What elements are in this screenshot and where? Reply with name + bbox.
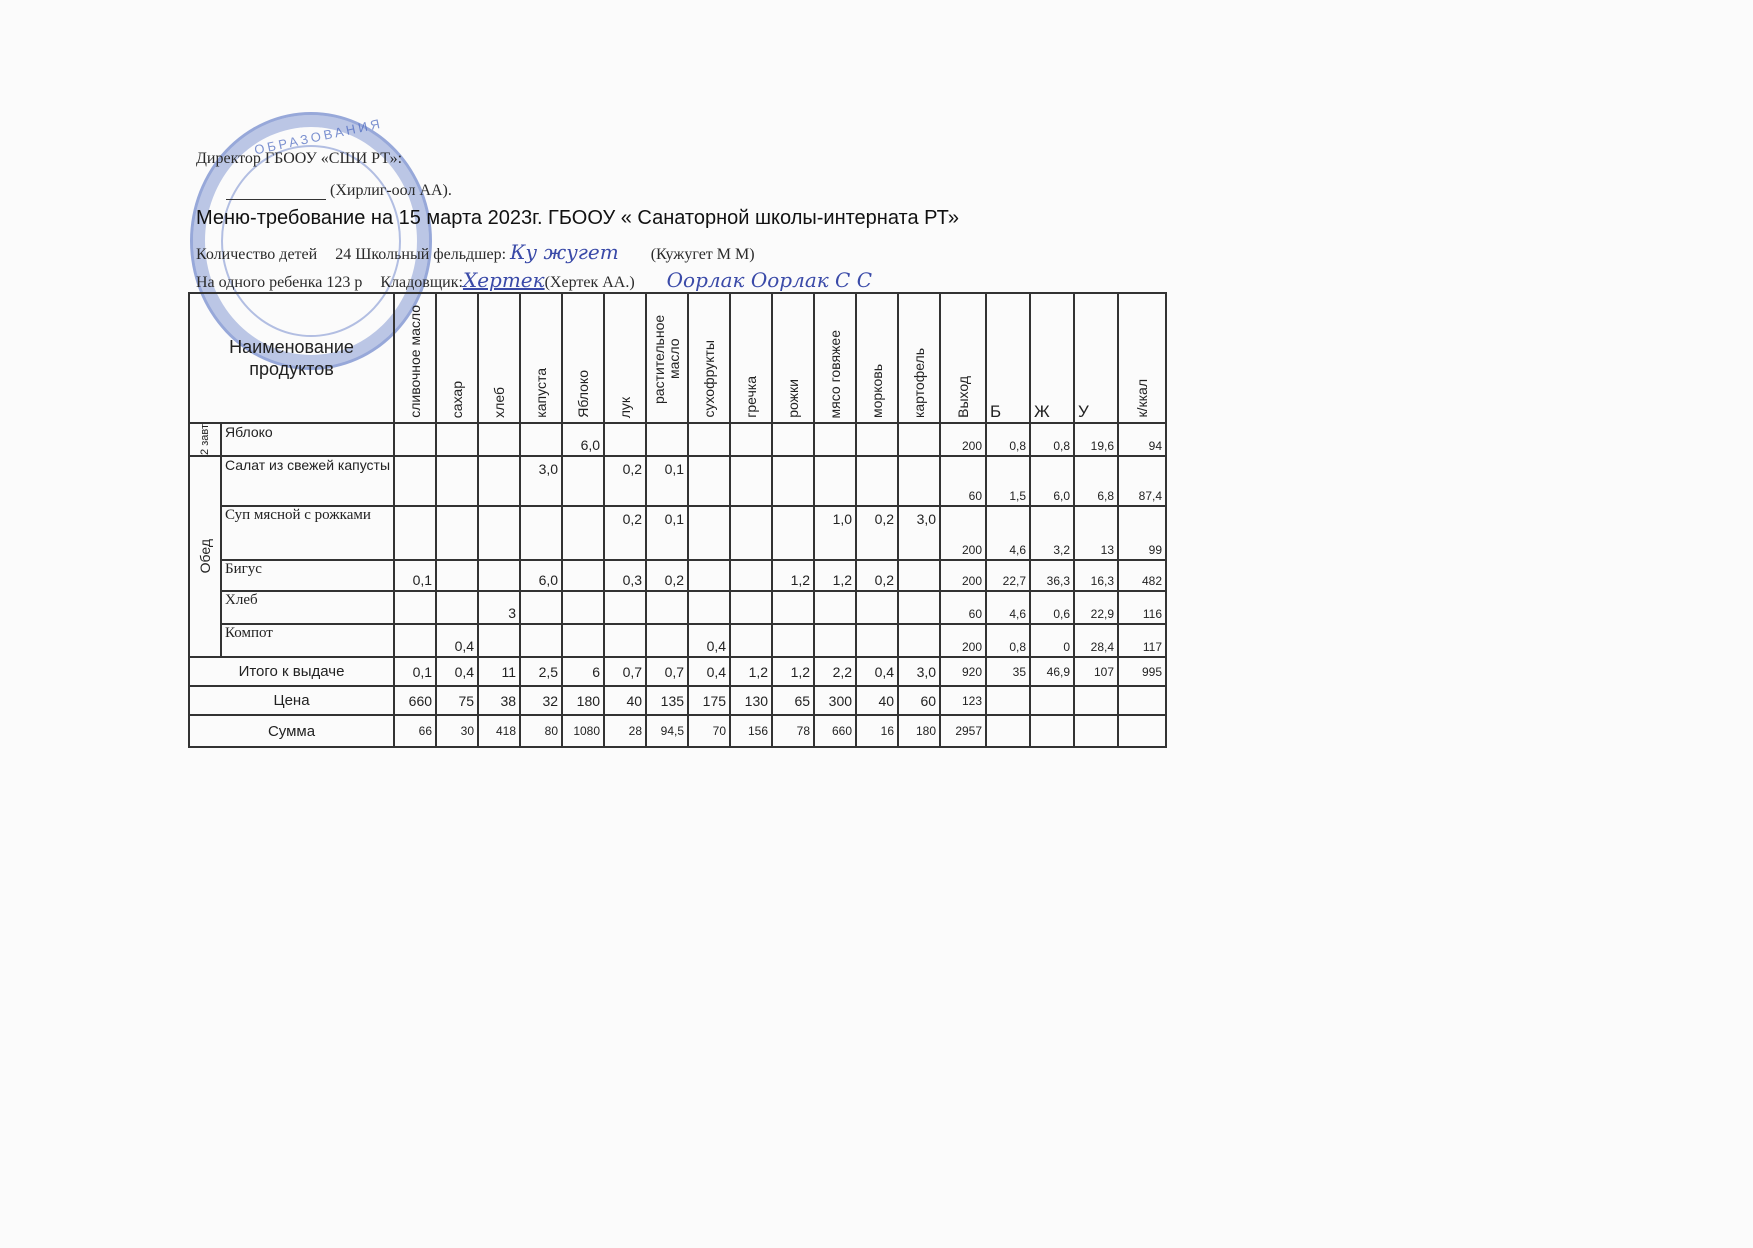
ingredient-qty xyxy=(520,591,562,624)
nutrient-b: 4,6 xyxy=(986,506,1030,560)
total-value: 0,7 xyxy=(646,657,688,686)
product-name: Яблоко xyxy=(221,423,394,456)
ingredient-qty: 0,4 xyxy=(436,624,478,657)
table-header-row: Наименование продуктов сливочное масло с… xyxy=(189,293,1166,423)
name-header: Наименование продуктов xyxy=(189,293,394,423)
ingredient-qty xyxy=(688,506,730,560)
header-protein: Б xyxy=(986,293,1030,423)
ingredient-qty: 0,2 xyxy=(604,506,646,560)
sum-value: 180 xyxy=(898,715,940,747)
header-bread: хлеб xyxy=(478,293,520,423)
ingredient-qty xyxy=(478,506,520,560)
price-value: 135 xyxy=(646,686,688,715)
nutrient-zh: 3,2 xyxy=(1030,506,1074,560)
price-value: 40 xyxy=(856,686,898,715)
nutrient-b: 1,5 xyxy=(986,456,1030,506)
header-vegetable-oil: растительное масло xyxy=(646,293,688,423)
nutrient-output: 60 xyxy=(940,456,986,506)
menu-requirements-table: Наименование продуктов сливочное масло с… xyxy=(188,292,1167,748)
section-label: Обед xyxy=(189,456,221,657)
price-value: 130 xyxy=(730,686,772,715)
total-value: 6 xyxy=(562,657,604,686)
nutrient-u: 13 xyxy=(1074,506,1118,560)
header-sugar: сахар xyxy=(436,293,478,423)
header-carbs: У xyxy=(1074,293,1118,423)
product-name: Компот xyxy=(221,624,394,657)
table-row: Бигус0,16,00,30,21,21,20,220022,736,316,… xyxy=(189,560,1166,591)
nutrient-zh: 0 xyxy=(1030,624,1074,657)
table-row: 2 завтЯблоко6,02000,80,819,694 xyxy=(189,423,1166,456)
ingredient-qty xyxy=(604,624,646,657)
ingredient-qty xyxy=(856,624,898,657)
ingredient-qty xyxy=(688,560,730,591)
ingredient-qty xyxy=(394,624,436,657)
ingredient-qty: 0,1 xyxy=(646,506,688,560)
table-row: Хлеб3604,60,622,9116 xyxy=(189,591,1166,624)
header-fat: Ж xyxy=(1030,293,1074,423)
nutrient-u: 6,8 xyxy=(1074,456,1118,506)
ingredient-qty: 1,2 xyxy=(814,560,856,591)
price-zh xyxy=(1030,686,1074,715)
total-zh: 46,9 xyxy=(1030,657,1074,686)
ingredient-qty: 6,0 xyxy=(520,560,562,591)
sum-zh xyxy=(1030,715,1074,747)
nutrient-u: 16,3 xyxy=(1074,560,1118,591)
product-name: Бигус xyxy=(221,560,394,591)
nutrient-output: 200 xyxy=(940,423,986,456)
ingredient-qty xyxy=(562,506,604,560)
table-row: Компот0,40,42000,8028,4117 xyxy=(189,624,1166,657)
ingredient-qty: 0,3 xyxy=(604,560,646,591)
header-buckwheat: гречка xyxy=(730,293,772,423)
total-value: 0,4 xyxy=(688,657,730,686)
sum-value: 30 xyxy=(436,715,478,747)
ingredient-qty xyxy=(856,591,898,624)
sum-output: 2957 xyxy=(940,715,986,747)
ingredient-qty xyxy=(436,560,478,591)
ingredient-qty: 3 xyxy=(478,591,520,624)
ingredient-qty xyxy=(856,456,898,506)
ingredient-qty xyxy=(436,591,478,624)
storekeeper-signature: Хертек xyxy=(463,268,545,292)
sum-value: 94,5 xyxy=(646,715,688,747)
ingredient-qty xyxy=(688,456,730,506)
ingredient-qty xyxy=(772,423,814,456)
ingredient-qty xyxy=(730,506,772,560)
ingredient-qty xyxy=(814,591,856,624)
sum-value: 66 xyxy=(394,715,436,747)
ingredient-qty xyxy=(478,456,520,506)
director-line: Директор ГБООУ «СШИ РТ»: xyxy=(196,150,402,168)
ingredient-qty xyxy=(604,591,646,624)
sum-value: 660 xyxy=(814,715,856,747)
ingredient-qty xyxy=(394,423,436,456)
price-value: 32 xyxy=(520,686,562,715)
price-value: 60 xyxy=(898,686,940,715)
ingredient-qty: 0,1 xyxy=(646,456,688,506)
ingredient-qty xyxy=(814,423,856,456)
price-value: 300 xyxy=(814,686,856,715)
price-u xyxy=(1074,686,1118,715)
ingredient-qty xyxy=(688,423,730,456)
nutrient-b: 22,7 xyxy=(986,560,1030,591)
nutrient-kcal: 87,4 xyxy=(1118,456,1166,506)
ingredient-qty: 1,2 xyxy=(772,560,814,591)
ingredient-qty: 0,2 xyxy=(604,456,646,506)
ingredient-qty xyxy=(730,423,772,456)
nutrient-kcal: 482 xyxy=(1118,560,1166,591)
nutrient-zh: 36,3 xyxy=(1030,560,1074,591)
ingredient-qty xyxy=(562,560,604,591)
total-value: 0,4 xyxy=(856,657,898,686)
nutrient-kcal: 94 xyxy=(1118,423,1166,456)
total-u: 107 xyxy=(1074,657,1118,686)
sum-value: 418 xyxy=(478,715,520,747)
sum-value: 78 xyxy=(772,715,814,747)
total-kcal: 995 xyxy=(1118,657,1166,686)
product-name: Суп мясной с рожками xyxy=(221,506,394,560)
ingredient-qty xyxy=(772,456,814,506)
total-value: 2,5 xyxy=(520,657,562,686)
sum-value: 28 xyxy=(604,715,646,747)
ingredient-qty xyxy=(730,560,772,591)
price-value: 40 xyxy=(604,686,646,715)
nutrient-u: 28,4 xyxy=(1074,624,1118,657)
header-onion: лук xyxy=(604,293,646,423)
ingredient-qty xyxy=(898,560,940,591)
ingredient-qty xyxy=(730,624,772,657)
nutrient-b: 0,8 xyxy=(986,624,1030,657)
children-line: Количество детей 24 Школьный фельдшер: К… xyxy=(196,240,755,264)
per-child-value: 123 р xyxy=(326,274,362,291)
ingredient-qty xyxy=(898,624,940,657)
total-label: Итого к выдаче xyxy=(189,657,394,686)
nutrient-output: 200 xyxy=(940,506,986,560)
ingredient-qty xyxy=(688,591,730,624)
ingredient-qty xyxy=(394,591,436,624)
nutrient-u: 19,6 xyxy=(1074,423,1118,456)
nutrient-zh: 0,8 xyxy=(1030,423,1074,456)
price-value: 65 xyxy=(772,686,814,715)
sum-value: 80 xyxy=(520,715,562,747)
ingredient-qty: 0,2 xyxy=(856,560,898,591)
nutrient-kcal: 116 xyxy=(1118,591,1166,624)
product-name: Салат из свежей капусты xyxy=(221,456,394,506)
ingredient-qty xyxy=(814,456,856,506)
product-name: Хлеб xyxy=(221,591,394,624)
price-b xyxy=(986,686,1030,715)
price-output: 123 xyxy=(940,686,986,715)
director-label: Директор ГБООУ «СШИ РТ»: xyxy=(196,150,402,167)
ingredient-qty xyxy=(730,591,772,624)
header-kcal: к/ккал xyxy=(1118,293,1166,423)
ingredient-qty xyxy=(772,624,814,657)
total-value: 3,0 xyxy=(898,657,940,686)
ingredient-qty xyxy=(562,591,604,624)
ingredient-qty: 6,0 xyxy=(562,423,604,456)
price-value: 180 xyxy=(562,686,604,715)
ingredient-qty xyxy=(478,560,520,591)
total-value: 1,2 xyxy=(772,657,814,686)
ingredient-qty: 0,4 xyxy=(688,624,730,657)
sum-b xyxy=(986,715,1030,747)
sum-value: 156 xyxy=(730,715,772,747)
ingredient-qty xyxy=(394,506,436,560)
header-dried-fruit: сухофрукты xyxy=(688,293,730,423)
summary-row-price: Цена66075383218040135175130653004060123 xyxy=(189,686,1166,715)
header-output: Выход xyxy=(940,293,986,423)
ingredient-qty xyxy=(646,591,688,624)
total-value: 2,2 xyxy=(814,657,856,686)
sum-value: 16 xyxy=(856,715,898,747)
price-label: Цена xyxy=(189,686,394,715)
ingredient-qty xyxy=(898,423,940,456)
header-beef: мясо говяжее xyxy=(814,293,856,423)
section-label: 2 завт xyxy=(189,423,221,456)
table-row: ОбедСалат из свежей капусты3,00,20,1601,… xyxy=(189,456,1166,506)
medic-name: (Кужугет М М) xyxy=(651,246,755,263)
total-b: 35 xyxy=(986,657,1030,686)
total-value: 0,1 xyxy=(394,657,436,686)
price-value: 75 xyxy=(436,686,478,715)
nutrient-kcal: 99 xyxy=(1118,506,1166,560)
per-child-label: На одного ребенка xyxy=(196,274,322,291)
ingredient-qty: 0,1 xyxy=(394,560,436,591)
storekeeper-label: Кладовщик: xyxy=(380,274,463,291)
director-signature-line: (Хирлиг-оол АА). xyxy=(226,182,452,200)
ingredient-qty xyxy=(772,591,814,624)
director-signature xyxy=(226,199,326,200)
ingredient-qty xyxy=(772,506,814,560)
nutrient-u: 22,9 xyxy=(1074,591,1118,624)
ingredient-qty xyxy=(856,423,898,456)
ingredient-qty xyxy=(604,423,646,456)
ingredient-qty: 3,0 xyxy=(898,506,940,560)
summary-row-sum: Сумма66304188010802894,57015678660161802… xyxy=(189,715,1166,747)
medic-signature: Ку жугет xyxy=(510,240,619,264)
total-value: 1,2 xyxy=(730,657,772,686)
ingredient-qty xyxy=(898,591,940,624)
nutrient-b: 0,8 xyxy=(986,423,1030,456)
summary-row-total: Итого к выдаче0,10,4112,560,70,70,41,21,… xyxy=(189,657,1166,686)
ingredient-qty: 0,2 xyxy=(646,560,688,591)
ingredient-qty xyxy=(436,423,478,456)
children-count: 24 xyxy=(335,246,351,263)
nutrient-zh: 0,6 xyxy=(1030,591,1074,624)
header-apple: Яблоко xyxy=(562,293,604,423)
extra-signature: Оорлак Оорлак С С xyxy=(667,268,872,292)
total-value: 0,7 xyxy=(604,657,646,686)
ingredient-qty xyxy=(562,624,604,657)
sum-u xyxy=(1074,715,1118,747)
sum-label: Сумма xyxy=(189,715,394,747)
ingredient-qty xyxy=(730,456,772,506)
ingredient-qty xyxy=(646,423,688,456)
ingredient-qty xyxy=(520,506,562,560)
director-name: (Хирлиг-оол АА). xyxy=(330,182,452,199)
ingredient-qty xyxy=(520,423,562,456)
ingredient-qty xyxy=(646,624,688,657)
medic-label: Школьный фельдшер: xyxy=(355,246,506,263)
nutrient-output: 200 xyxy=(940,560,986,591)
total-value: 0,4 xyxy=(436,657,478,686)
nutrient-output: 60 xyxy=(940,591,986,624)
header-potato: картофель xyxy=(898,293,940,423)
ingredient-qty xyxy=(394,456,436,506)
table-row: Суп мясной с рожками0,20,11,00,23,02004,… xyxy=(189,506,1166,560)
total-value: 11 xyxy=(478,657,520,686)
header-pasta: рожки xyxy=(772,293,814,423)
total-output: 920 xyxy=(940,657,986,686)
header-carrot: морковь xyxy=(856,293,898,423)
sum-value: 1080 xyxy=(562,715,604,747)
ingredient-qty xyxy=(814,624,856,657)
header-butter: сливочное масло xyxy=(394,293,436,423)
price-kcal xyxy=(1118,686,1166,715)
price-value: 38 xyxy=(478,686,520,715)
price-value: 660 xyxy=(394,686,436,715)
ingredient-qty: 3,0 xyxy=(520,456,562,506)
nutrient-zh: 6,0 xyxy=(1030,456,1074,506)
nutrient-output: 200 xyxy=(940,624,986,657)
ingredient-qty xyxy=(898,456,940,506)
ingredient-qty: 0,2 xyxy=(856,506,898,560)
ingredient-qty xyxy=(520,624,562,657)
ingredient-qty xyxy=(562,456,604,506)
ingredient-qty xyxy=(436,456,478,506)
ingredient-qty: 1,0 xyxy=(814,506,856,560)
document-title: Меню-требование на 15 марта 2023г. ГБООУ… xyxy=(196,207,959,230)
header-cabbage: капуста xyxy=(520,293,562,423)
nutrient-b: 4,6 xyxy=(986,591,1030,624)
children-label: Количество детей xyxy=(196,246,317,263)
ingredient-qty xyxy=(478,423,520,456)
ingredient-qty xyxy=(478,624,520,657)
storekeeper-name: (Хертек АА.) xyxy=(545,274,635,291)
nutrient-kcal: 117 xyxy=(1118,624,1166,657)
sum-value: 70 xyxy=(688,715,730,747)
sum-kcal xyxy=(1118,715,1166,747)
per-child-line: На одного ребенка 123 р Кладовщик:Хертек… xyxy=(196,268,872,292)
price-value: 175 xyxy=(688,686,730,715)
ingredient-qty xyxy=(436,506,478,560)
